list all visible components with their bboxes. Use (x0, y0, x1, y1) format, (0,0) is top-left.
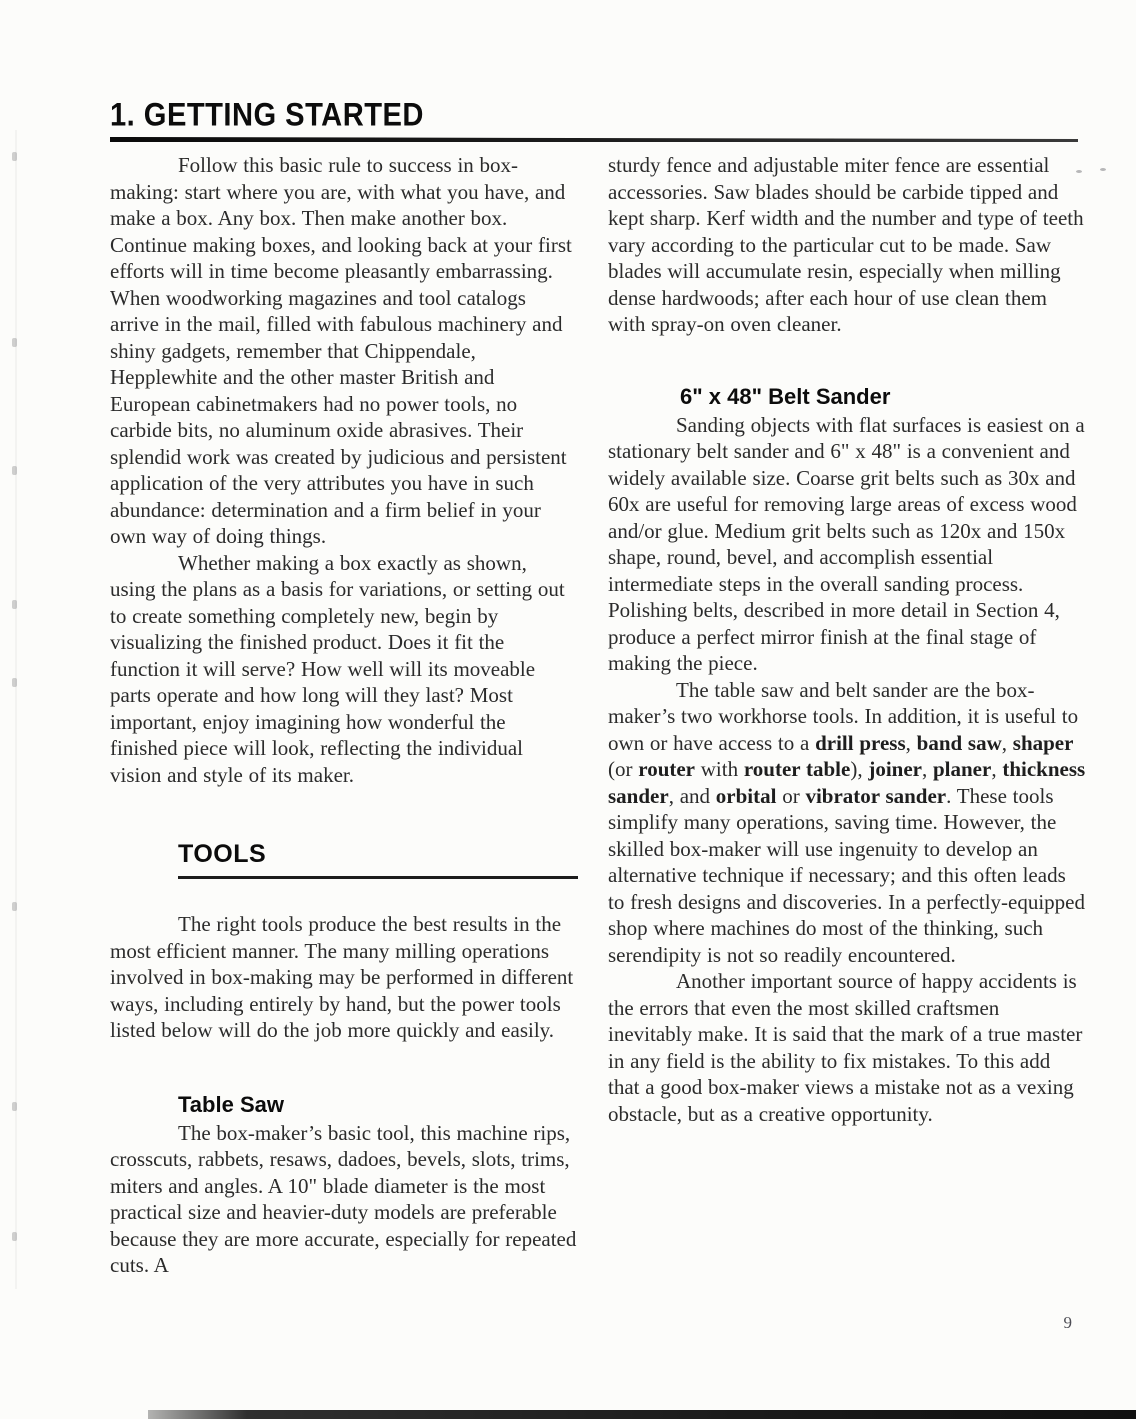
chapter-title: 1. GETTING STARTED (110, 97, 1020, 134)
intro-paragraph-2: Whether making a box exactly as shown, u… (110, 550, 578, 789)
chapter-header: 1. GETTING STARTED (110, 98, 1078, 142)
binding-mark (12, 1102, 17, 1111)
subsection-heading-table-saw: Table Saw (178, 1092, 578, 1118)
right-column: sturdy fence and adjustable miter fence … (608, 152, 1086, 1279)
section-heading-tools: TOOLS (178, 840, 578, 879)
binding-mark (12, 600, 17, 609)
workhorse-tools-paragraph: The table saw and belt sander are the bo… (608, 677, 1086, 969)
scan-speck (1100, 168, 1106, 171)
binding-mark (12, 152, 17, 161)
binding-mark (12, 466, 17, 475)
page-number: 9 (1064, 1313, 1073, 1333)
happy-accidents-paragraph: Another important source of happy accide… (608, 968, 1086, 1127)
bottom-scan-shadow (148, 1410, 1136, 1419)
binding-mark (12, 338, 17, 347)
belt-sander-paragraph: Sanding objects with flat surfaces is ea… (608, 412, 1086, 677)
two-column-body: Follow this basic rule to success in box… (110, 152, 1086, 1279)
intro-paragraph-1: Follow this basic rule to success in box… (110, 152, 578, 550)
tools-paragraph: The right tools produce the best results… (110, 911, 578, 1044)
binding-mark (12, 678, 17, 687)
left-column: Follow this basic rule to success in box… (110, 152, 578, 1279)
binding-mark (12, 1232, 17, 1241)
title-rule (110, 137, 1078, 142)
subsection-heading-belt-sander: 6" x 48" Belt Sander (680, 384, 1086, 410)
table-saw-paragraph: The box-maker’s basic tool, this machine… (110, 1120, 578, 1279)
binding-mark (12, 902, 17, 911)
scanned-book-page: 1. GETTING STARTED Follow this basic rul… (0, 0, 1136, 1419)
table-saw-continuation-paragraph: sturdy fence and adjustable miter fence … (608, 152, 1086, 338)
binding-shadow-line (15, 130, 17, 1289)
